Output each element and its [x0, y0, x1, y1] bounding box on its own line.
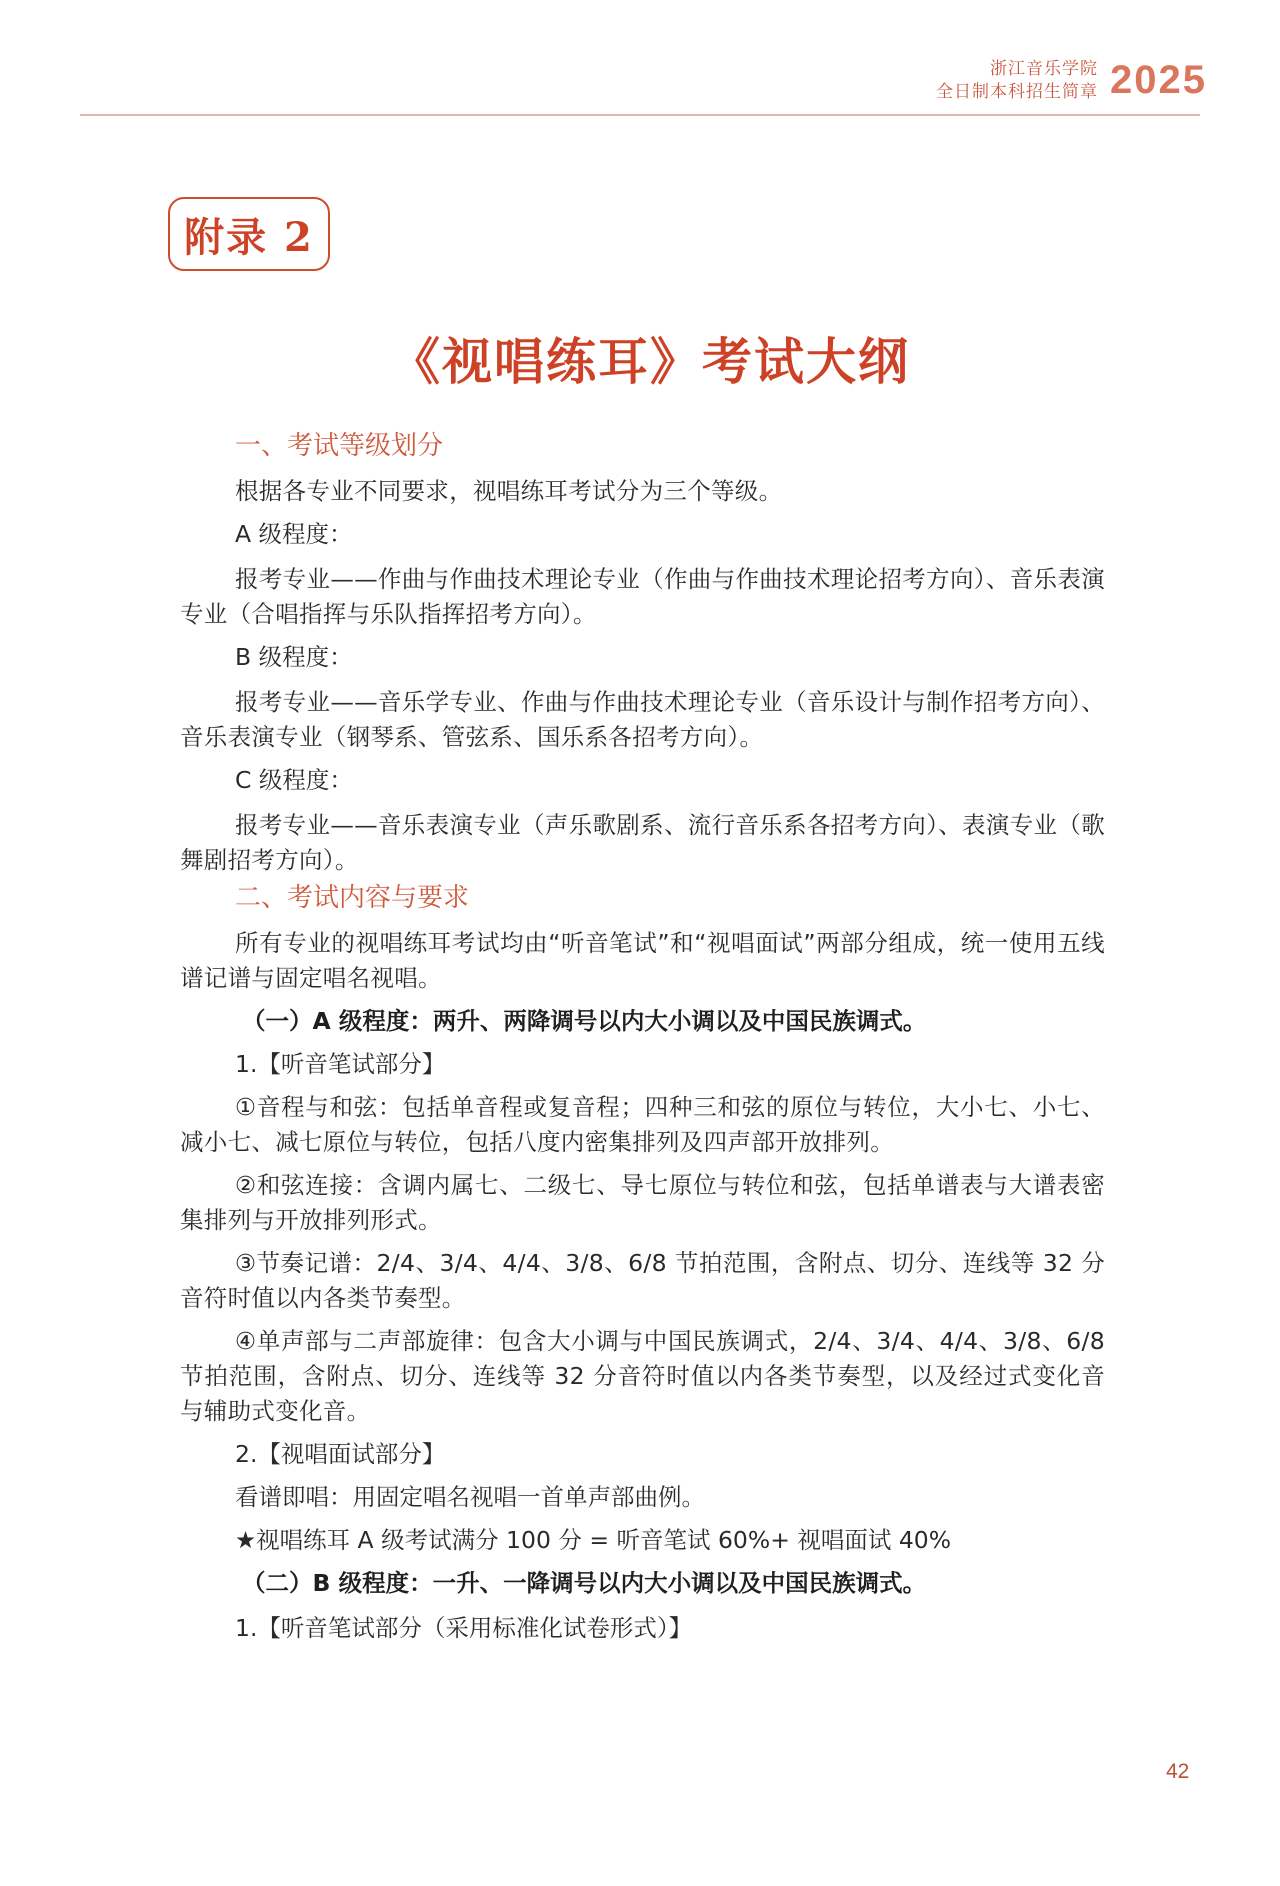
header-institution-name: 浙江音乐学院 — [936, 58, 1098, 81]
level-a-label: A 级程度： — [180, 517, 1105, 552]
page-number: 42 — [1166, 1760, 1189, 1784]
part-label-listening-standardized: 1.【听音笔试部分（采用标准化试卷形式）】 — [180, 1611, 1105, 1646]
sight-singing-text: 看谱即唱：用固定唱名视唱一首单声部曲例。 — [180, 1480, 1105, 1515]
document-body: 一、考试等级划分 根据各专业不同要求，视唱练耳考试分为三个等级。 A 级程度： … — [180, 426, 1105, 1646]
section-heading-grading: 一、考试等级划分 — [235, 426, 1105, 466]
paragraph-exam-composition: 所有专业的视唱练耳考试均由“听音笔试”和“视唱面试”两部分组成，统一使用五线谱记… — [180, 926, 1105, 996]
level-a-score-note: ★视唱练耳 A 级考试满分 100 分 = 听音笔试 60%+ 视唱面试 40% — [180, 1523, 1105, 1558]
header-institution: 浙江音乐学院 全日制本科招生简章 — [936, 58, 1098, 104]
level-b-text: 报考专业——音乐学专业、作曲与作曲技术理论专业（音乐设计与制作招考方向）、音乐表… — [180, 685, 1105, 755]
level-b-label: B 级程度： — [180, 640, 1105, 675]
item-melody: ④单声部与二声部旋律：包含大小调与中国民族调式，2/4、3/4、4/4、3/8、… — [180, 1324, 1105, 1429]
header-year: 2025 — [1110, 58, 1207, 102]
level-c-text: 报考专业——音乐表演专业（声乐歌剧系、流行音乐系各招考方向）、表演专业（歌舞剧招… — [180, 808, 1105, 878]
item-rhythm-notation: ③节奏记谱：2/4、3/4、4/4、3/8、6/8 节拍范围，含附点、切分、连线… — [180, 1246, 1105, 1316]
header-divider — [80, 114, 1200, 116]
level-c-label: C 级程度： — [180, 763, 1105, 798]
part-label-listening-written: 1.【听音笔试部分】 — [180, 1047, 1105, 1082]
part-label-sight-singing: 2.【视唱面试部分】 — [180, 1437, 1105, 1472]
subsection-heading-level-b: （二）B 级程度：一升、一降调号以内大小调以及中国民族调式。 — [180, 1566, 1105, 1601]
item-chord-progression: ②和弦连接：含调内属七、二级七、导七原位与转位和弦，包括单谱表与大谱表密集排列与… — [180, 1168, 1105, 1238]
section-heading-content: 二、考试内容与要求 — [235, 878, 1105, 918]
paragraph-intro: 根据各专业不同要求，视唱练耳考试分为三个等级。 — [180, 474, 1105, 509]
page-title: 《视唱练耳》考试大纲 — [0, 322, 1280, 394]
appendix-badge: 附录 2 — [168, 197, 330, 271]
header-brochure-name: 全日制本科招生简章 — [936, 81, 1098, 104]
subsection-heading-level-a: （一）A 级程度：两升、两降调号以内大小调以及中国民族调式。 — [180, 1004, 1105, 1039]
level-a-text: 报考专业——作曲与作曲技术理论专业（作曲与作曲技术理论招考方向）、音乐表演专业（… — [180, 562, 1105, 632]
item-intervals-chords: ①音程与和弦：包括单音程或复音程；四种三和弦的原位与转位，大小七、小七、减小七、… — [180, 1090, 1105, 1160]
appendix-badge-label: 附录 2 — [184, 206, 314, 263]
